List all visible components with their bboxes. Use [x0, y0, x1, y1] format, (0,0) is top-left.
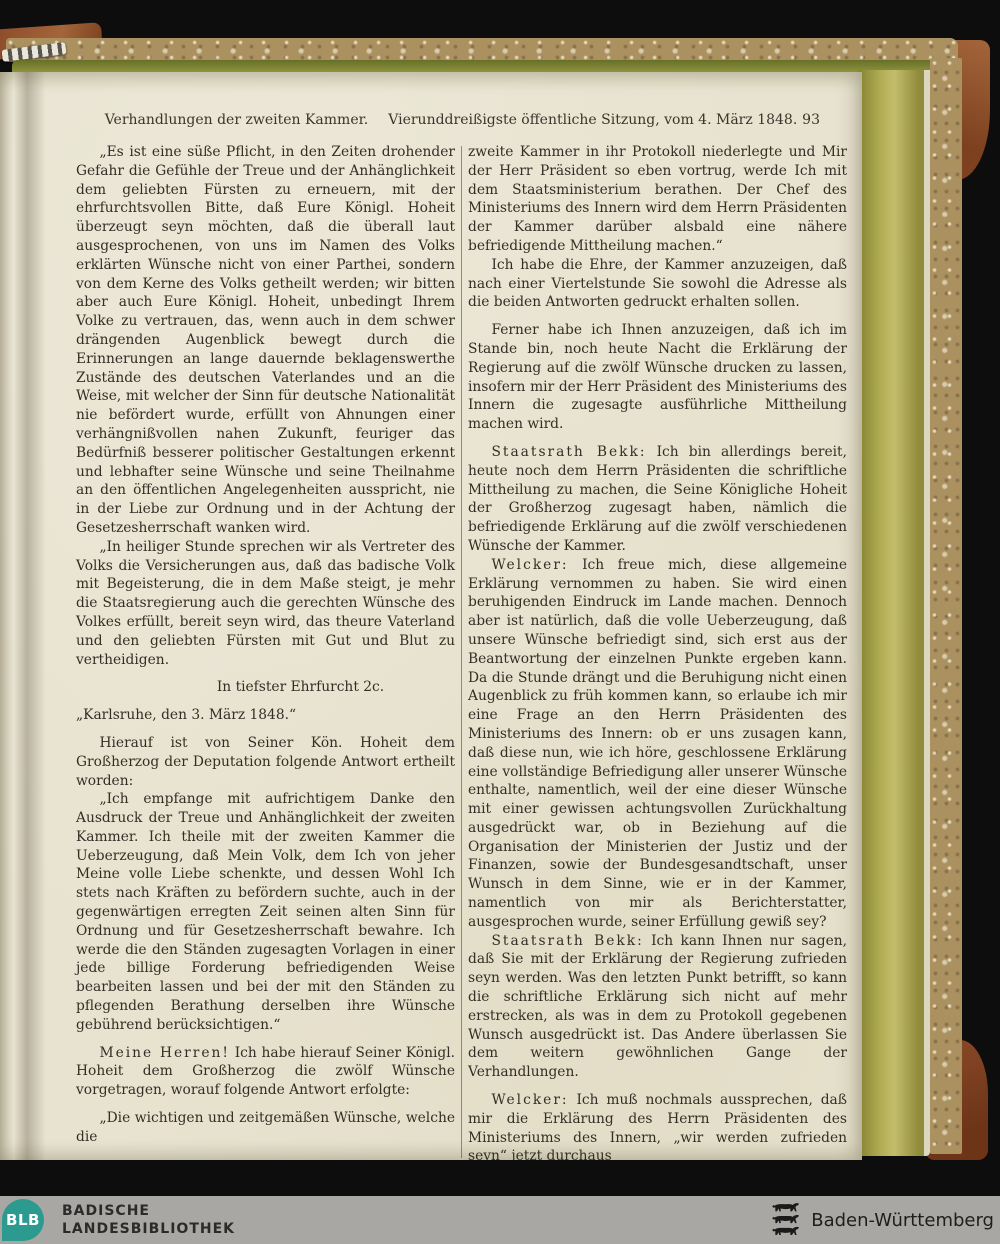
paragraph: Ferner habe ich Ihnen anzuzeigen, daß ic… [468, 321, 847, 434]
paragraph: „Ich empfange mit aufrichtigem Danke den… [76, 790, 455, 1034]
paragraph: Staatsrath Bekk: Ich bin allerdings bere… [468, 443, 847, 556]
library-name-line2: LANDESBIBLIOTHEK [62, 1220, 235, 1238]
blb-logo-text: BLB [6, 1211, 40, 1229]
paragraph: In tiefster Ehrfurcht 2c. [76, 678, 455, 697]
page-fore-edge-right [858, 70, 930, 1156]
speaker-name: Welcker: [491, 1092, 568, 1108]
paragraph: „Die wichtigen und zeitgemäßen Wünsche, … [76, 1109, 455, 1147]
right-column: zweite Kammer in ihr Protokoll niederleg… [468, 143, 847, 1160]
running-head: Verhandlungen der zweiten Kammer. Vierun… [0, 112, 862, 128]
paragraph: Hierauf ist von Seiner Kön. Hoheit dem G… [76, 734, 455, 790]
speaker-name: Staatsrath Bekk: [491, 933, 643, 949]
speaker-name: Welcker: [491, 557, 568, 573]
paragraph: Welcker: Ich muß nochmals aussprechen, d… [468, 1091, 847, 1160]
library-name-line1: BADISCHE [62, 1202, 235, 1220]
paragraph: zweite Kammer in ihr Protokoll niederleg… [468, 143, 847, 256]
blb-logo-icon: BLB [2, 1199, 44, 1241]
book-cover-top-edge [6, 38, 958, 62]
paragraph: Ich habe die Ehre, der Kammer anzuzeigen… [468, 256, 847, 312]
speaker-name: Staatsrath Bekk: [491, 444, 646, 460]
speaker-name: Meine Herren! [99, 1045, 230, 1061]
left-column: „Es ist eine süße Pflicht, in den Zeiten… [76, 143, 455, 1160]
paragraph: Staatsrath Bekk: Ich kann Ihnen nur sage… [468, 932, 847, 1082]
paragraph: „Karlsruhe, den 3. März 1848.“ [76, 706, 455, 725]
state-name-label: Baden-Württemberg [811, 1210, 994, 1231]
running-head-right: Vierunddreißigste öffentliche Sitzung, v… [388, 112, 797, 128]
paragraph: Meine Herren! Ich habe hierauf Seiner Kö… [76, 1044, 455, 1100]
scan-backdrop: Verhandlungen der zweiten Kammer. Vierun… [0, 0, 1000, 1244]
page-number: 93 [802, 112, 820, 128]
state-branding: Baden-Württemberg [771, 1196, 994, 1244]
footer-bar: BLB BADISCHE LANDESBIBLIOTHEK Baden-Würt… [0, 1196, 1000, 1244]
paragraph: „Es ist eine süße Pflicht, in den Zeiten… [76, 143, 455, 538]
column-rule [461, 146, 462, 1158]
paragraph: Welcker: Ich freue mich, diese allgemein… [468, 556, 847, 932]
book-cover-right-edge [930, 58, 962, 1154]
text-columns: „Es ist eine süße Pflicht, in den Zeiten… [0, 143, 862, 1160]
paragraph: „In heiliger Stunde sprechen wir als Ver… [76, 538, 455, 670]
book-page: Verhandlungen der zweiten Kammer. Vierun… [0, 72, 862, 1160]
library-name: BADISCHE LANDESBIBLIOTHEK [62, 1202, 235, 1238]
baden-wuerttemberg-coat-of-arms-icon [771, 1199, 801, 1241]
running-head-left: Verhandlungen der zweiten Kammer. [105, 112, 369, 128]
